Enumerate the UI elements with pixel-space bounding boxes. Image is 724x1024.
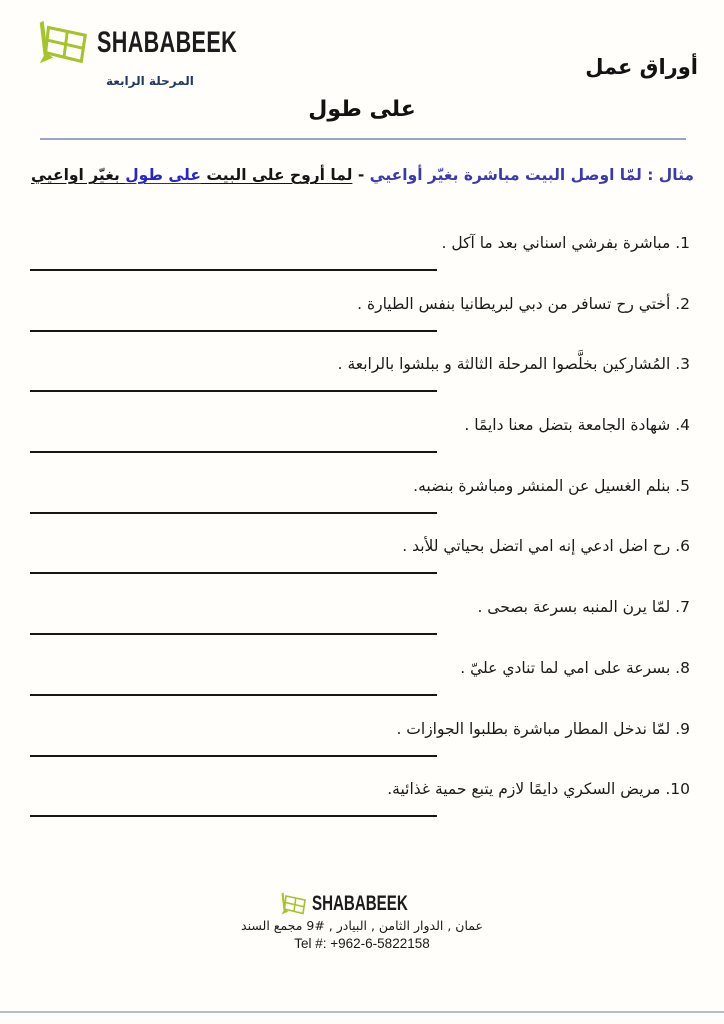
shababeek-window-icon (33, 18, 91, 68)
shababeek-window-icon (278, 891, 308, 917)
header-divider (40, 138, 686, 140)
answer-line (30, 815, 437, 817)
answer-line (30, 694, 437, 696)
example-prefix: مثال : لمّا اوصل البيت مباشرة بغيّر أواع… (370, 166, 694, 184)
answer-line (30, 330, 437, 332)
exercise-sentence: 6. رح اضل ادعي إنه امي اتضل بحياتي للأبد… (30, 529, 690, 557)
exercise-item: 3. المُشاركين بخلَّصوا المرحلة الثالثة و… (30, 347, 690, 408)
example-sentence: مثال : لمّا اوصل البيت مباشرة بغيّر أواع… (30, 162, 694, 188)
exercise-item: 9. لمّا ندخل المطار مباشرة بطلبوا الجواز… (30, 712, 690, 773)
brand-name: SHABABEEK (97, 26, 237, 60)
exercise-item: 6. رح اضل ادعي إنه امي اتضل بحياتي للأبد… (30, 529, 690, 590)
example-answer-part1: لما أروح على البيت (201, 166, 352, 184)
answer-line (30, 451, 437, 453)
footer-address: عمان , الدوار الثامن , البيادر , #9 مجمع… (241, 918, 483, 933)
exercise-item: 7. لمّا يرن المنبه بسرعة بصحى . (30, 590, 690, 651)
example-separator: - (358, 166, 364, 184)
footer-brand-name: SHABABEEK (312, 892, 408, 916)
worksheet-page: SHABABEEK المرحلة الرابعة أوراق عمل على … (0, 0, 724, 1024)
example-answer: لما أروح على البيت على طول بغيّر اواعيي (31, 166, 352, 184)
page-bottom-border (0, 1011, 724, 1013)
brand-logo: SHABABEEK (33, 18, 292, 68)
exercise-sentence: 2. أختي رح تسافر من دبي لبريطانيا بنفس ا… (30, 287, 690, 315)
page-footer: SHABABEEK عمان , الدوار الثامن , البيادر… (0, 891, 724, 951)
exercise-sentence: 4. شهادة الجامعة بتضل معنا دايمًا . (30, 408, 690, 436)
stage-label: المرحلة الرابعة (106, 74, 194, 88)
exercise-item: 1. مباشرة بفرشي اسناني بعد ما آكل . (30, 226, 690, 287)
footer-brand-logo: SHABABEEK (278, 891, 445, 917)
worksheet-type-label: أوراق عمل (585, 55, 698, 79)
answer-line (30, 269, 437, 271)
answer-line (30, 512, 437, 514)
footer-phone: Tel #: +962-6-5822158 (294, 936, 429, 951)
answer-line (30, 755, 437, 757)
example-answer-part2: بغيّر اواعيي (31, 166, 125, 184)
exercise-sentence: 10. مريض السكري دايمًا لازم يتبع حمية غذ… (30, 772, 690, 800)
exercise-sentence: 5. بنلم الغسيل عن المنشر ومباشرة بنضبه. (30, 469, 690, 497)
exercise-item: 4. شهادة الجامعة بتضل معنا دايمًا . (30, 408, 690, 469)
exercise-item: 2. أختي رح تسافر من دبي لبريطانيا بنفس ا… (30, 287, 690, 348)
exercise-item: 10. مريض السكري دايمًا لازم يتبع حمية غذ… (30, 772, 690, 833)
exercise-list: 1. مباشرة بفرشي اسناني بعد ما آكل .2. أخ… (30, 226, 690, 833)
exercise-sentence: 8. بسرعة على امي لما تنادي عليّ . (30, 651, 690, 679)
page-title: على طول (0, 97, 724, 122)
exercise-item: 8. بسرعة على امي لما تنادي عليّ . (30, 651, 690, 712)
exercise-sentence: 1. مباشرة بفرشي اسناني بعد ما آكل . (30, 226, 690, 254)
answer-line (30, 633, 437, 635)
exercise-sentence: 9. لمّا ندخل المطار مباشرة بطلبوا الجواز… (30, 712, 690, 740)
exercise-sentence: 7. لمّا يرن المنبه بسرعة بصحى . (30, 590, 690, 618)
example-answer-highlight: على طول (125, 166, 201, 184)
exercise-item: 5. بنلم الغسيل عن المنشر ومباشرة بنضبه. (30, 469, 690, 530)
answer-line (30, 390, 437, 392)
answer-line (30, 572, 437, 574)
exercise-sentence: 3. المُشاركين بخلَّصوا المرحلة الثالثة و… (30, 347, 690, 375)
